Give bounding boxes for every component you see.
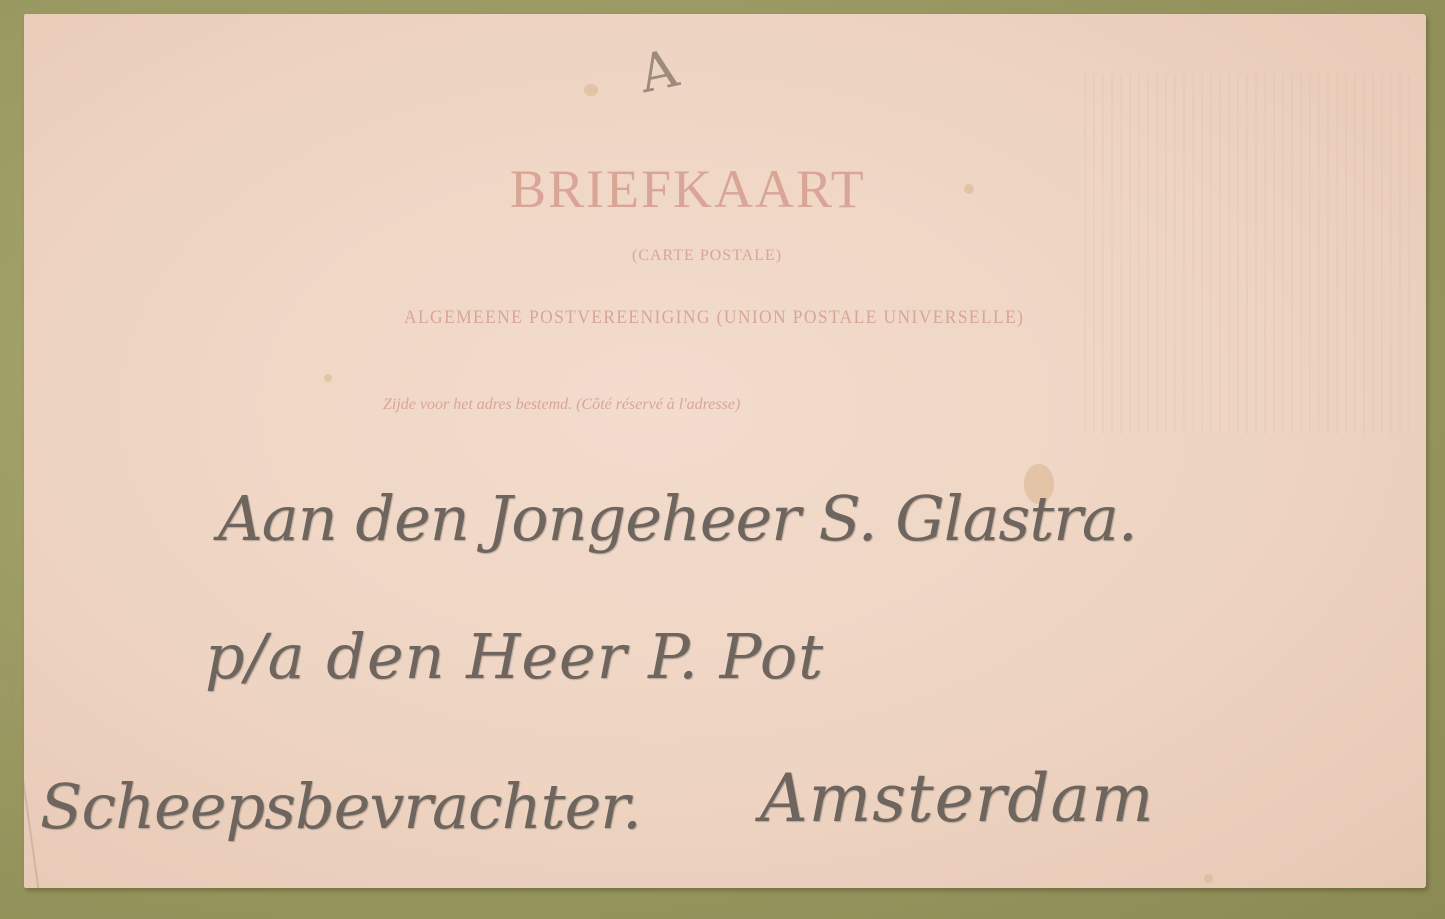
foxing-spot [324, 374, 332, 382]
handwritten-care-of: p/a den Heer P. Pot [205, 620, 824, 693]
foxing-spot [964, 184, 974, 194]
handwritten-occupation: Scheepsbevrachter. [40, 770, 641, 843]
printed-address-side-line: Zijde voor het adres bestemd. (Côté rése… [383, 396, 740, 414]
postcard [24, 14, 1426, 888]
printed-title: BRIEFKAART [510, 158, 866, 220]
handwritten-recipient: Aan den Jongeheer S. Glastra. [218, 482, 1137, 555]
foxing-spot [1204, 874, 1213, 883]
printed-subtitle: (CARTE POSTALE) [632, 247, 782, 265]
foxing-spot [584, 84, 598, 96]
printed-union-line: ALGEMEENE POSTVEREENIGING (UNION POSTALE… [404, 307, 1024, 329]
handwritten-city: Amsterdam [760, 760, 1154, 837]
faded-print-texture [1084, 74, 1414, 434]
